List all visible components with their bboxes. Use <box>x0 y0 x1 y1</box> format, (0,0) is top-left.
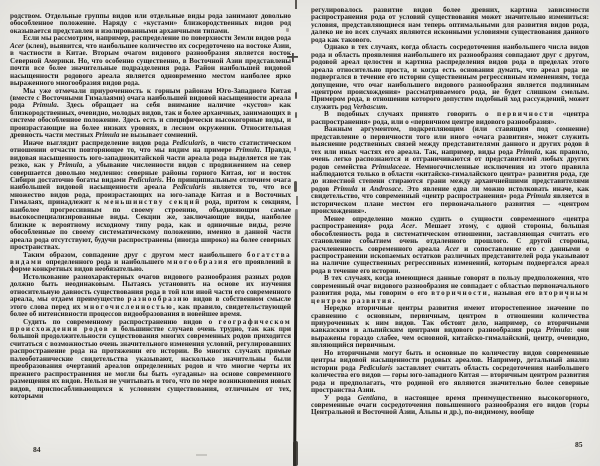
text-run: Однако в тех случаях, когда область соср… <box>311 43 589 111</box>
gutter-ink-mark <box>295 0 297 9</box>
ink-smudge <box>196 454 207 456</box>
ink-speck <box>586 141 588 143</box>
ink-speck <box>566 296 568 299</box>
paragraph: Нередко вторичные центры развития имеют … <box>311 305 589 350</box>
gutter-ink-tick <box>295 92 297 99</box>
paragraph: Судить по современному распространению в… <box>10 319 291 401</box>
paragraph: Менее определенно можно судить о сущност… <box>311 216 589 276</box>
gutter-ink-tick <box>296 196 298 205</box>
binding-crease-blob <box>293 441 298 466</box>
paragraph: Важным аргументом, подкрепляющим (или ст… <box>311 126 589 215</box>
emphasis-letterspaced: многообразия <box>167 258 229 266</box>
gutter-ink-tick <box>294 147 296 151</box>
text-run: регулировалось развитие видов более древ… <box>311 6 589 44</box>
paragraph: У рода Gentiana, в настоящее время преим… <box>311 395 589 417</box>
paragraph: В подобных случаях принято говорить о пе… <box>311 111 589 126</box>
text-run: рода, притом к секциям, наиболее прогрес… <box>10 198 291 251</box>
paragraph: Однако в тех случаях, когда область соср… <box>311 44 589 111</box>
page-right-text-column: регулировалось развитие видов более древ… <box>311 7 589 417</box>
paragraph: В тех случаях, когда имеющиеся данные го… <box>311 275 589 305</box>
ink-speck <box>286 28 289 32</box>
paragraph: Таким образом, совпадение друг с другом … <box>10 252 291 274</box>
text-run: родством. Отдельные группы видов или отд… <box>10 12 291 35</box>
page-number-right: 85 <box>575 440 583 449</box>
gutter-ink-tick <box>294 181 297 192</box>
page-number-left: 84 <box>33 445 41 454</box>
text-run: , называя его <box>488 289 539 297</box>
paragraph: Иначе выглядит распределение видов рода … <box>10 140 291 252</box>
paragraph: Но вторичными могут быть и основные по к… <box>311 350 589 395</box>
page-left-text-column: родством. Отдельные группы видов или отд… <box>10 13 291 401</box>
paragraph: Мы уже отмечали приуроченность к горным … <box>10 88 291 140</box>
text-run: (клен), выявится, что наибольшее количес… <box>10 42 291 87</box>
registration-cross-mark <box>287 52 298 62</box>
paragraph: регулировалось развитие видов более древ… <box>311 7 589 44</box>
paragraph: Если мы рассмотрим, например, распределе… <box>10 35 291 87</box>
gutter-ink-tick <box>295 112 297 118</box>
text-run: в большинстве случаев очень трудно, так … <box>10 325 291 400</box>
paragraph: родством. Отдельные группы видов или отд… <box>10 13 291 35</box>
book-spread-scan: { "colors": { "paper": "#ecebe7", "ink":… <box>0 0 600 466</box>
emphasis-letterspaced: вторичности <box>431 289 488 297</box>
binding-crease-line <box>293 209 298 466</box>
paragraph: Истолкование разнохарактерных очагов вид… <box>10 274 291 319</box>
